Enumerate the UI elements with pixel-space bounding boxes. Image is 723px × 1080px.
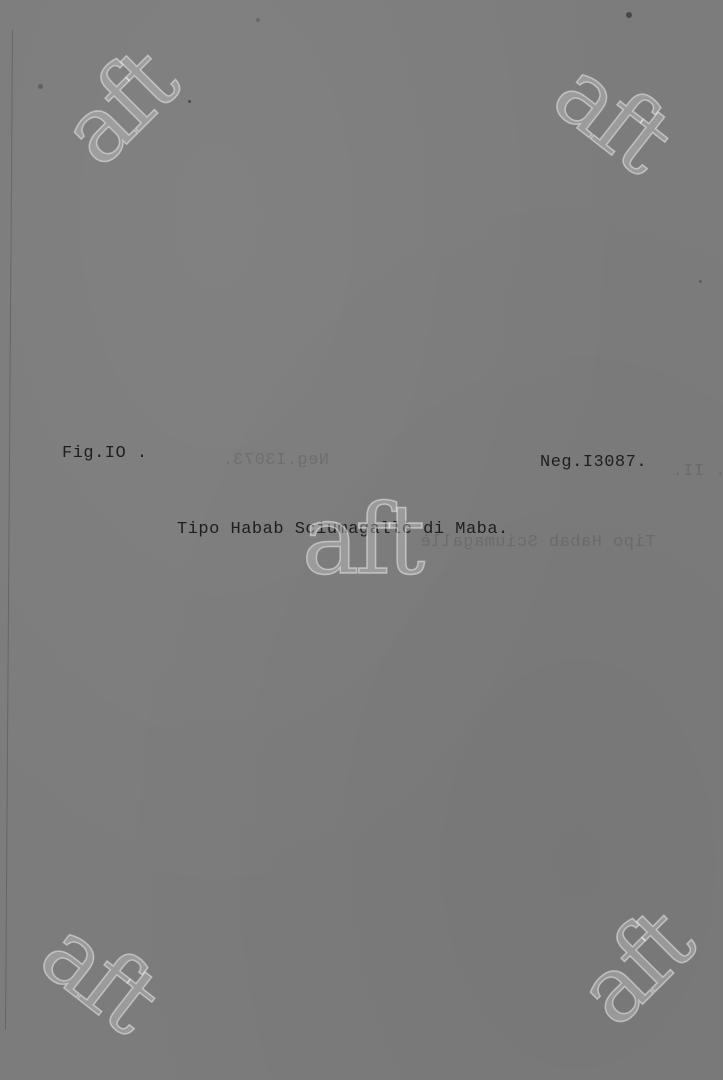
figure-label: Fig.IO .: [62, 444, 148, 463]
dust-speck: [38, 84, 43, 89]
dust-speck: [626, 12, 632, 18]
show-through-negative-label: Neg.I3073.: [222, 451, 329, 470]
dust-speck: [699, 280, 702, 283]
watermark-bottom-right: aft: [562, 895, 708, 1041]
watermark-bottom-left: aft: [26, 905, 172, 1048]
watermark-top-left: aft: [46, 35, 192, 181]
watermark-center: aft: [302, 492, 421, 588]
dust-speck: [256, 18, 260, 22]
paper-edge-line: [5, 30, 13, 1030]
watermark-top-right: aft: [539, 45, 685, 188]
negative-number: Neg.I3087.: [540, 453, 647, 472]
show-through-figure-label: Fig. II.: [672, 462, 723, 481]
archival-caption-card: Neg.I3073. Fig. II. Tipo Habab Sciumagal…: [0, 0, 723, 1080]
